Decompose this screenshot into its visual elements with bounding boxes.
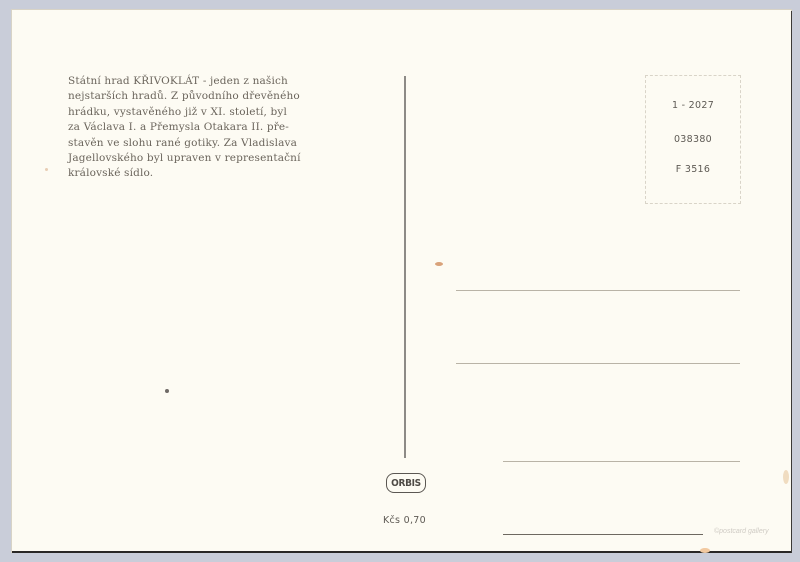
stain-spot: [700, 548, 710, 553]
orbis-publisher-logo: ORBIS: [386, 473, 426, 493]
watermark: ©postcard gallery: [714, 528, 769, 535]
stain-spot: [783, 470, 789, 484]
castle-description: Státní hrad KŘIVOKLÁT - jeden z našich n…: [68, 74, 360, 182]
center-divider: [404, 76, 406, 458]
stain-spot: [435, 262, 443, 266]
price-label: Kčs 0,70: [383, 515, 426, 526]
stamp-code-1: 1 - 2027: [646, 100, 740, 111]
address-line-1: [456, 290, 740, 291]
description-line: Jagellovského byl upraven v representačn…: [68, 151, 360, 166]
stamp-code-2: 038380: [646, 134, 740, 145]
description-line: Státní hrad KŘIVOKLÁT - jeden z našich: [68, 74, 360, 89]
description-line: hrádku, vystavěného již v XI. století, b…: [68, 105, 360, 120]
description-line: za Václava I. a Přemysla Otakara II. pře…: [68, 120, 360, 135]
stain-spot: [45, 168, 48, 171]
description-line: stavěn ve slohu rané gotiky. Za Vladisla…: [68, 136, 360, 151]
address-line-3: [503, 461, 740, 462]
card-edge-shadow: [12, 551, 791, 553]
description-line: nejstarších hradů. Z původního dřevěného: [68, 89, 360, 104]
stamp-box: 1 - 2027 038380 F 3516: [645, 75, 741, 204]
description-line: královské sídlo.: [68, 166, 360, 181]
stamp-code-3: F 3516: [646, 164, 740, 175]
address-line-4: [503, 534, 703, 535]
ink-speck: [165, 389, 169, 393]
address-line-2: [456, 363, 740, 364]
